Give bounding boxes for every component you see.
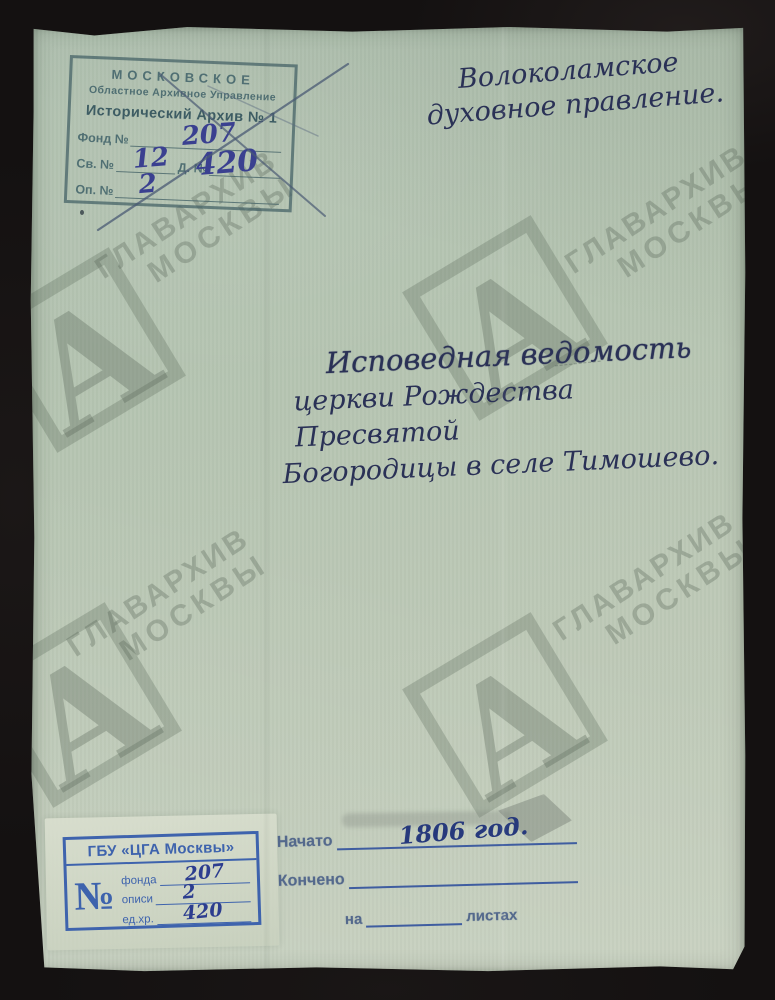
modern-archive-stamp: ГБУ «ЦГА Москвы» № фонда 207 описи 2 (63, 831, 262, 931)
finished-row: Кончено (278, 861, 578, 891)
opis-value: 2 (138, 171, 158, 198)
sv-delo-row: Св. № 12 Д. № 420 (76, 155, 282, 179)
opis-label: Оп. № (75, 182, 114, 198)
dates-stamp: Начато 1806 год. Кончено на листах (277, 822, 580, 947)
fond-line: 207 (159, 869, 250, 886)
finished-label: Кончено (278, 871, 345, 891)
delo-value: 420 (195, 146, 260, 181)
number-sign: № (74, 876, 116, 928)
photo-black-backdrop: ГЛАВАРХИВ МОСКВЫ ГЛАВАРХИВ МОСКВЫ ГЛАВАР… (0, 0, 775, 1000)
folder-cover-paper: ГЛАВАРХИВ МОСКВЫ ГЛАВАРХИВ МОСКВЫ ГЛАВАР… (30, 26, 746, 973)
old-archive-stamp: МОСКОВСКОЕ Областное Архивное Управление… (64, 55, 298, 212)
sheets-label: листах (466, 907, 518, 925)
started-row: Начато 1806 год. (277, 822, 577, 852)
delo-line: 420 (209, 161, 280, 179)
opis-line: 2 (115, 183, 279, 205)
fond-label: фонда (121, 874, 157, 887)
started-label: Начато (277, 832, 333, 851)
unit-value: 420 (182, 900, 223, 923)
sv-label: Св. № (76, 156, 114, 172)
logo-letter-a-icon: А (1, 268, 181, 457)
opis-label: описи (122, 893, 154, 906)
unit-row: ед.хр. 420 (122, 902, 251, 926)
modern-stamp-rows: фонда 207 описи 2 ед.хр. (121, 863, 252, 926)
finished-line (348, 865, 578, 889)
unit-label: ед.хр. (122, 913, 154, 926)
on-label: на (345, 911, 363, 928)
handwritten-title: Исповедная ведомость церкви Рождества Пр… (277, 326, 749, 494)
opis-value: 2 (181, 883, 196, 903)
handwritten-region-note: Волоколамское духовное правление. (423, 42, 725, 133)
ink-dot (80, 210, 84, 215)
started-line: 1806 год. (336, 826, 577, 850)
archive-photo-background: { "old_stamp": { "org_line1": "МОСКОВСКО… (0, 0, 775, 1000)
glavarchiv-watermark-text: ГЛАВАРХИВ МОСКВЫ (548, 506, 760, 674)
unit-line: 420 (157, 908, 252, 925)
modern-stamp-body: № фонда 207 описи 2 (66, 860, 258, 927)
glavarchiv-watermark-text: ГЛАВАРХИВ МОСКВЫ (560, 139, 772, 307)
started-value: 1806 год. (398, 814, 529, 848)
fond-label: Фонд № (77, 130, 129, 146)
sheets-row: на листах (345, 900, 579, 928)
opis-row: Оп. № 2 (75, 181, 281, 205)
sheets-line (366, 907, 462, 928)
